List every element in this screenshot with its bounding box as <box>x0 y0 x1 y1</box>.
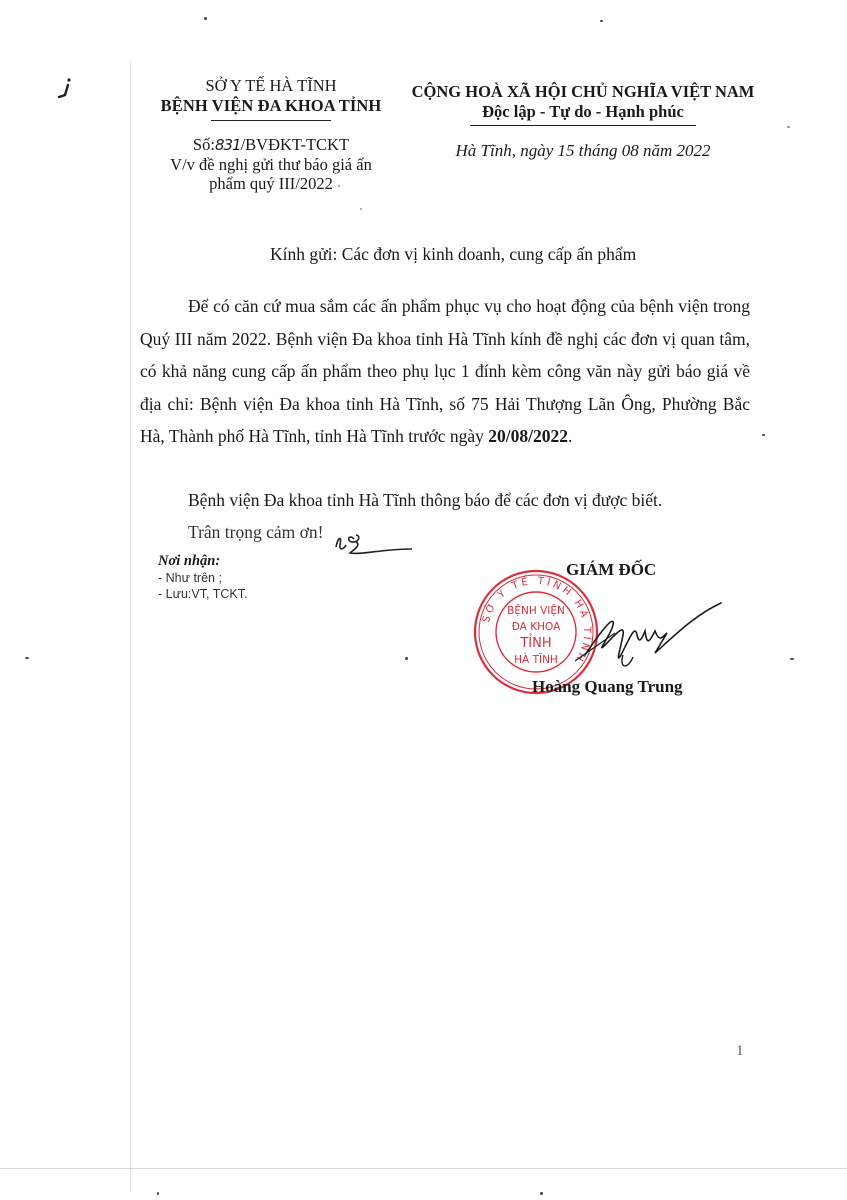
body-paragraph-1: Để có căn cứ mua sắm các ấn phẩm phục vụ… <box>140 290 750 453</box>
subject-line-2: phẩm quý III/2022 <box>140 174 402 193</box>
scan-speck <box>360 208 362 210</box>
national-motto: Độc lập - Tự do - Hạnh phúc <box>398 102 768 122</box>
director-signature <box>575 595 725 675</box>
scan-speck <box>762 434 765 436</box>
stamp-line-3: TỈNH <box>519 634 551 651</box>
hospital-name: BỆNH VIỆN ĐA KHOA TỈNH <box>140 96 402 116</box>
deadline-tail: . <box>568 426 572 446</box>
scan-speck <box>338 185 340 187</box>
doc-number-handwritten: 831 <box>215 136 241 154</box>
header-underline <box>211 120 331 121</box>
subject-line-1: V/v đề nghị gửi thư báo giá ấn <box>140 155 402 174</box>
stamp-line-2: ĐA KHOA <box>512 621 561 633</box>
signer-name: Hoàng Quang Trung <box>532 677 683 697</box>
handwritten-margin-mark <box>56 76 76 102</box>
place-and-date: Hà Tĩnh, ngày 15 tháng 08 năm 2022 <box>398 140 768 162</box>
stamp-line-4: HÀ TĨNH <box>514 653 558 666</box>
motto-underline <box>470 125 696 126</box>
scan-bottom-line <box>0 1168 847 1169</box>
thanks-line: Trân trọng cảm ơn! <box>188 522 323 543</box>
deadline-date: 20/08/2022 <box>488 426 568 446</box>
handwritten-initials <box>332 527 422 559</box>
scan-speck <box>204 17 207 20</box>
scan-speck <box>157 1192 159 1195</box>
issuing-agency-header: SỞ Y TẾ HÀ TĨNH BỆNH VIỆN ĐA KHOA TỈNH S… <box>140 76 402 193</box>
scan-margin-line <box>130 60 131 1190</box>
stamp-line-1: BỆNH VIỆN <box>507 604 565 617</box>
doc-number-prefix: Số: <box>193 135 215 154</box>
national-header: CỘNG HOÀ XÃ HỘI CHỦ NGHĨA VIỆT NAM Độc l… <box>398 82 768 162</box>
scan-speck <box>600 20 603 22</box>
recipients-title: Nơi nhận: <box>158 553 247 570</box>
ministry-name: SỞ Y TẾ HÀ TĨNH <box>140 76 402 96</box>
scan-speck <box>25 657 29 659</box>
recipients-block: Nơi nhận: - Như trên ; - Lưu:VT, TCKT. <box>158 553 247 602</box>
scan-speck <box>405 657 408 660</box>
letter-body: Để có căn cứ mua sắm các ấn phẩm phục vụ… <box>140 290 750 453</box>
doc-number-suffix: /BVĐKT-TCKT <box>241 135 349 154</box>
document-number: Số:831/BVĐKT-TCKT <box>140 135 402 155</box>
salutation: Kính gửi: Các đơn vị kinh doanh, cung cấ… <box>270 244 636 265</box>
scan-speck <box>790 658 794 660</box>
page-number: 1 <box>736 1043 744 1060</box>
recipient-item: - Như trên ; <box>158 570 247 586</box>
scan-speck <box>787 126 790 128</box>
body-paragraph-1-text: Để có căn cứ mua sắm các ấn phẩm phục vụ… <box>140 296 750 446</box>
nation-name: CỘNG HOÀ XÃ HỘI CHỦ NGHĨA VIỆT NAM <box>398 82 768 102</box>
recipient-item: - Lưu:VT, TCKT. <box>158 586 247 602</box>
closing-notice: Bệnh viện Đa khoa tỉnh Hà Tĩnh thông báo… <box>188 490 662 511</box>
scan-speck <box>540 1192 543 1195</box>
